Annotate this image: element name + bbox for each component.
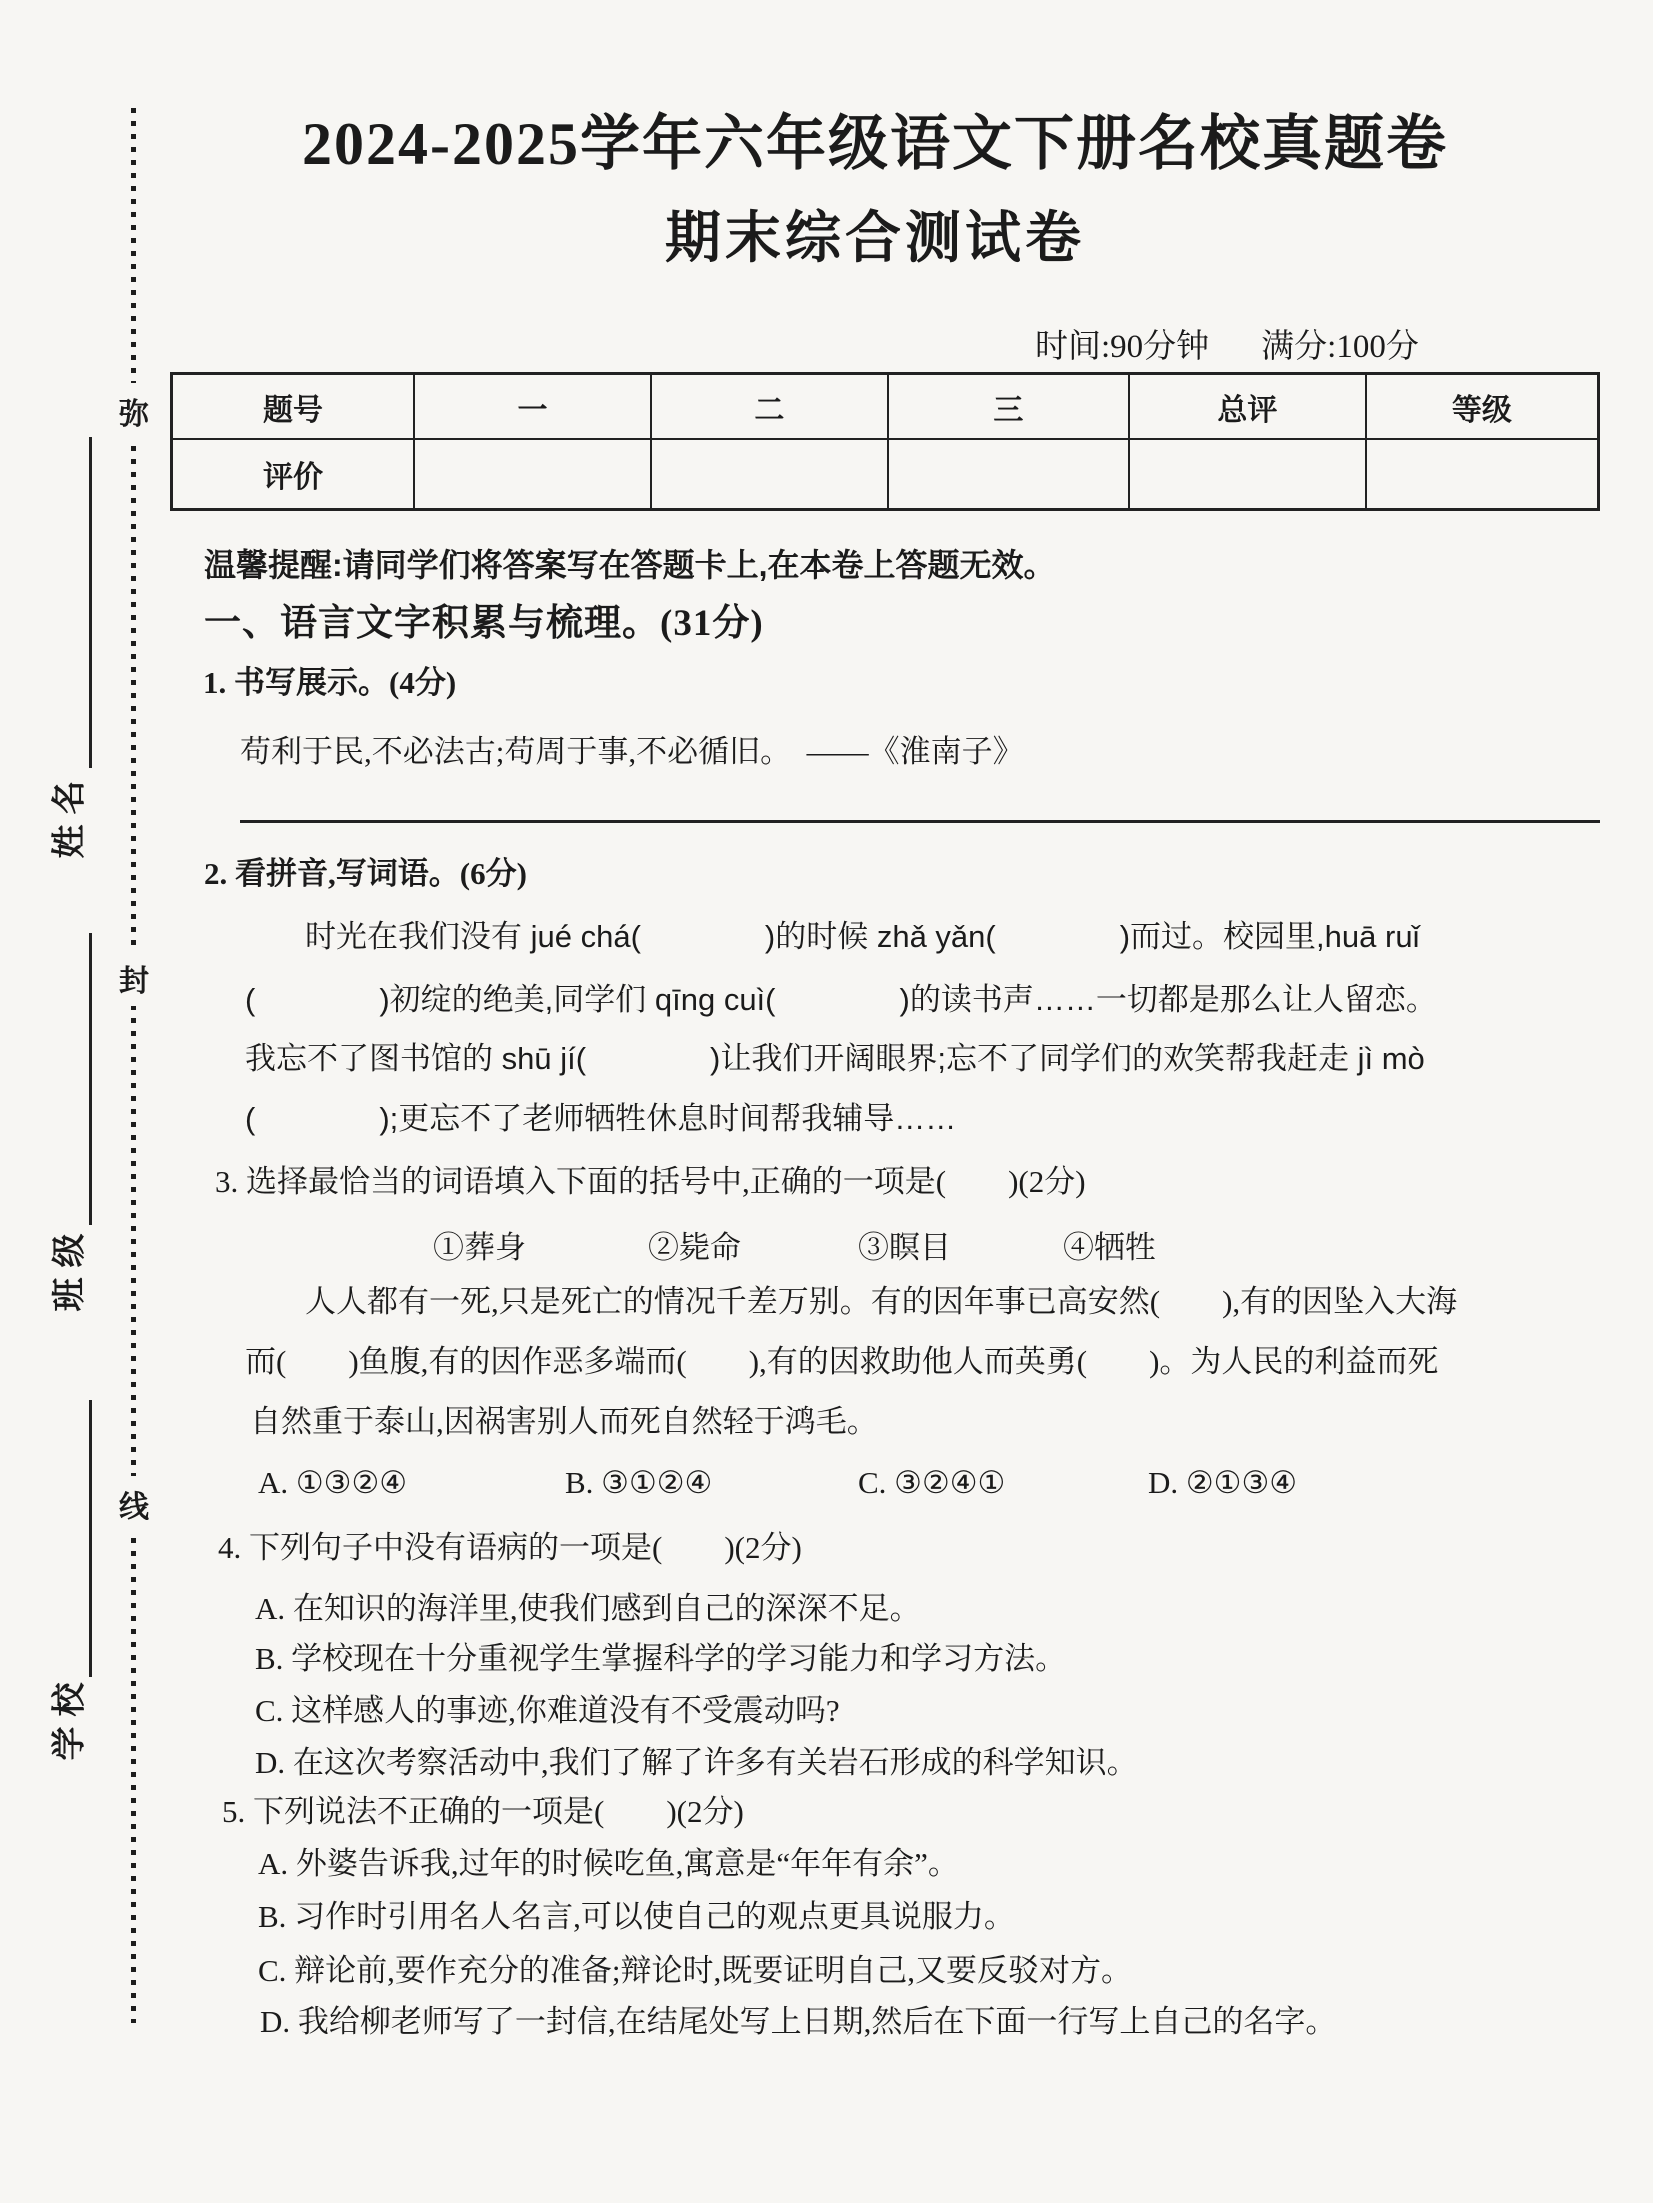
eval-cell-empty (1129, 439, 1366, 510)
q5-stem: 5. 下列说法不正确的一项是( )(2分) (222, 1793, 744, 1832)
name-field-label: 姓名 (42, 740, 91, 890)
exam-paper-scan: { "page": { "background": "#f7f6f3", "in… (0, 0, 1653, 2203)
q4-option-c: C. 这样感人的事迹,你难道没有不受震动吗? (255, 1692, 840, 1731)
q4-stem: 4. 下列句子中没有语病的一项是( )(2分) (218, 1529, 802, 1568)
q3-word-choice-3: ③瞑目 (858, 1222, 951, 1267)
q1-stem: 1. 书写展示。(4分) (203, 664, 456, 703)
q3-word-choice-2: ②毙命 (648, 1222, 741, 1267)
q3-option-d: D. ②①③④ (1148, 1465, 1297, 1501)
score-table-header-row: 题号 一 二 三 总评 等级 (172, 374, 1599, 440)
school-blank-line (89, 1400, 92, 1677)
header-cell-one: 一 (414, 374, 651, 440)
seal-char-feng: 封 (114, 950, 154, 1006)
q3-option-c: C. ③②④① (858, 1465, 1005, 1501)
score-table: 题号 一 二 三 总评 等级 评价 (170, 372, 1600, 511)
q3-stem: 3. 选择最恰当的词语填入下面的括号中,正确的一项是( )(2分) (215, 1163, 1086, 1202)
q5-option-d: D. 我给柳老师写了一封信,在结尾处写上日期,然后在下面一行写上自己的名字。 (260, 2003, 1336, 2042)
class-field-label: 班级 (42, 1193, 91, 1343)
notice-text: 温馨提醒:请同学们将答案写在答题卡上,在本卷上答题无效。 (204, 545, 1056, 585)
q3-option-a: A. ①③②④ (258, 1465, 407, 1501)
exam-meta-line: 时间:90分钟满分:100分 (1035, 320, 1419, 367)
q1-quote: 苟利于民,不必法古;苟周于事,不必循旧。 ——《淮南子》 (240, 733, 1024, 772)
page-subtitle: 期末综合测试卷 (145, 194, 1605, 274)
eval-cell-empty (1366, 439, 1599, 510)
q2-line-2: ( )初绽的绝美,同学们 qīng cuì( )的读书声……一切都是那么让人留恋… (245, 981, 1437, 1020)
q2-line-3: 我忘不了图书馆的 shū jí( )让我们开阔眼界;忘不了同学们的欢笑帮我赶走 … (245, 1040, 1425, 1079)
page-title: 2024-2025学年六年级语文下册名校真题卷 (145, 96, 1605, 182)
q3-paragraph-line-2: 而( )鱼腹,有的因作恶多端而( ),有的因救助他人而英勇( )。为人民的利益而… (245, 1343, 1438, 1382)
q3-word-choice-4: ④牺牲 (1063, 1222, 1156, 1267)
score-table-eval-row: 评价 (172, 439, 1599, 510)
q5-option-c: C. 辩论前,要作充分的准备;辩论时,既要证明自己,又要反驳对方。 (258, 1952, 1132, 1991)
q1-writing-line (240, 820, 1600, 823)
q3-option-b: B. ③①②④ (565, 1465, 712, 1501)
seal-char-mi: 弥 (114, 383, 154, 439)
q2-line-4: ( );更忘不了老师牺牲休息时间帮我辅导…… (245, 1100, 956, 1139)
exam-duration: 时间:90分钟 (1035, 329, 1209, 365)
q2-line-1: 时光在我们没有 jué chá( )的时候 zhǎ yǎn( )而过。校园里,h… (305, 918, 1419, 957)
q4-option-a: A. 在知识的海洋里,使我们感到自己的深深不足。 (255, 1590, 921, 1629)
q4-option-d: D. 在这次考察活动中,我们了解了许多有关岩石形成的科学知识。 (255, 1744, 1138, 1783)
school-field-label: 学校 (42, 1642, 91, 1792)
q3-paragraph-line-1: 人人都有一死,只是死亡的情况千差万别。有的因年事已高安然( ),有的因坠入大海 (305, 1283, 1457, 1322)
header-cell-dengji: 等级 (1366, 374, 1599, 440)
eval-cell-empty (651, 439, 888, 510)
q5-option-b: B. 习作时引用名人名言,可以使自己的观点更具说服力。 (258, 1898, 1015, 1937)
header-cell-two: 二 (651, 374, 888, 440)
eval-cell-empty (888, 439, 1129, 510)
class-blank-line (89, 933, 92, 1225)
exam-full-score: 满分:100分 (1261, 329, 1419, 365)
section-one-heading: 一、语言文字积累与梳理。(31分) (204, 601, 764, 647)
header-cell-tihao: 题号 (172, 374, 415, 440)
header-cell-three: 三 (888, 374, 1129, 440)
q2-stem: 2. 看拼音,写词语。(6分) (204, 855, 527, 894)
eval-row-label: 评价 (172, 439, 415, 510)
q4-option-b: B. 学校现在十分重视学生掌握科学的学习能力和学习方法。 (255, 1640, 1066, 1679)
name-blank-line (89, 437, 92, 768)
header-cell-zongping: 总评 (1129, 374, 1366, 440)
q3-word-choice-1: ①葬身 (433, 1222, 526, 1267)
q3-paragraph-line-3: 自然重于泰山,因祸害别人而死自然轻于鸿毛。 (250, 1403, 878, 1442)
seal-char-xian: 线 (114, 1476, 154, 1532)
q5-option-a: A. 外婆告诉我,过年的时候吃鱼,寓意是“年年有余”。 (258, 1845, 959, 1884)
eval-cell-empty (414, 439, 651, 510)
